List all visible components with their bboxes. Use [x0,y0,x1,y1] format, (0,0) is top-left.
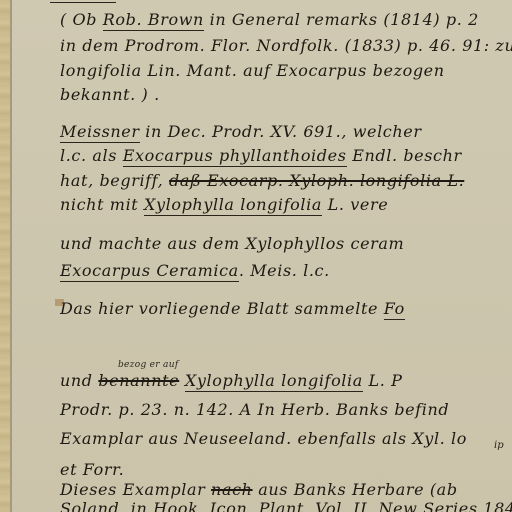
interlinear-insertion-right: ip [494,440,504,451]
line-text: Prodr. p. 23. n. 142. A In Herb. Banks b… [60,400,449,419]
manuscript-line-5: Meissner in Dec. Prodr. XV. 691., welche… [60,123,422,141]
underlined-taxon: Xylophylla longifolia [144,195,322,216]
manuscript-line-13: Prodr. p. 23. n. 142. A In Herb. Banks b… [60,401,449,419]
line-text: Das hier vorliegende Blatt sammelte [60,299,384,318]
line-text: Endl. beschr [347,146,462,165]
line-text: Dieses Examplar [60,480,211,499]
manuscript-line-6: l.c. als Exocarpus phyllanthoides Endl. … [60,147,462,165]
top-underline-fragment [50,2,116,3]
line-text: aus Banks Herbare (ab [253,480,458,499]
manuscript-line-17: Soland. in Hook. Icon. Plant. Vol. II, N… [60,500,512,512]
line-text: in dem Prodrom. Flor. Nordfolk. (1833) p… [60,36,512,55]
manuscript-line-8: nicht mit Xylophylla longifolia L. vere [60,196,388,214]
binding-strip [0,0,10,512]
interlinear-insertion: bezog er auf [118,360,178,370]
line-text: bekannt. ) . [60,85,160,104]
manuscript-line-7: hat, begriff, daß Exocarp. Xyloph. longi… [60,172,464,190]
manuscript-line-4: bekannt. ) . [60,86,160,104]
line-text: hat, begriff, [60,171,169,190]
manuscript-line-1: ( Ob Rob. Brown in General remarks (1814… [60,11,479,29]
manuscript-line-14: Examplar aus Neuseeland. ebenfalls als X… [60,430,467,448]
line-text: Examplar aus Neuseeland. ebenfalls als X… [60,429,467,448]
line-text: und [60,371,98,390]
manuscript-line-9: und machte aus dem Xylophyllos ceram [60,235,404,253]
line-text: L. P [363,371,403,390]
line-text: l.c. als [60,146,123,165]
line-text: Soland. in Hook. Icon. Plant. Vol. II, N… [60,499,512,512]
line-text: longifolia Lin. Mant. auf Exocarpus bezo… [60,61,445,80]
underlined-taxon: Exocarpus Ceramica [60,261,239,282]
manuscript-line-16: Dieses Examplar nach aus Banks Herbare (… [60,481,458,499]
margin-rule [10,0,12,512]
underlined-name: Meissner [60,122,140,143]
underlined-name: Rob. Brown [103,10,204,31]
underlined-taxon: Exocarpus phyllanthoides [123,146,347,167]
struck-text: benannte [98,371,179,390]
underlined-taxon: Xylophylla longifolia [185,371,363,392]
manuscript-line-11: Das hier vorliegende Blatt sammelte Fo [60,300,405,318]
line-text: nicht mit [60,195,144,214]
line-text: und machte aus dem Xylophyllos ceram [60,234,404,253]
manuscript-page: ( Ob Rob. Brown in General remarks (1814… [0,0,512,512]
struck-text: daß Exocarp. Xyloph. longifolia L. [169,171,464,190]
line-text: ( Ob [60,10,103,29]
line-text: . Meis. l.c. [239,261,330,280]
line-text: L. vere [322,195,388,214]
manuscript-line-10: Exocarpus Ceramica. Meis. l.c. [60,262,330,280]
manuscript-line-12: und benannte Xylophylla longifolia L. P [60,372,403,390]
line-text: in Dec. Prodr. XV. 691., welcher [140,122,422,141]
manuscript-line-2: in dem Prodrom. Flor. Nordfolk. (1833) p… [60,37,512,55]
manuscript-line-15: et Forr. [60,461,124,479]
underlined-name: Fo [384,299,405,320]
line-text: et Forr. [60,460,124,479]
struck-text: nach [211,480,253,499]
line-text: in General remarks (1814) p. 2 [204,10,479,29]
manuscript-line-3: longifolia Lin. Mant. auf Exocarpus bezo… [60,62,445,80]
